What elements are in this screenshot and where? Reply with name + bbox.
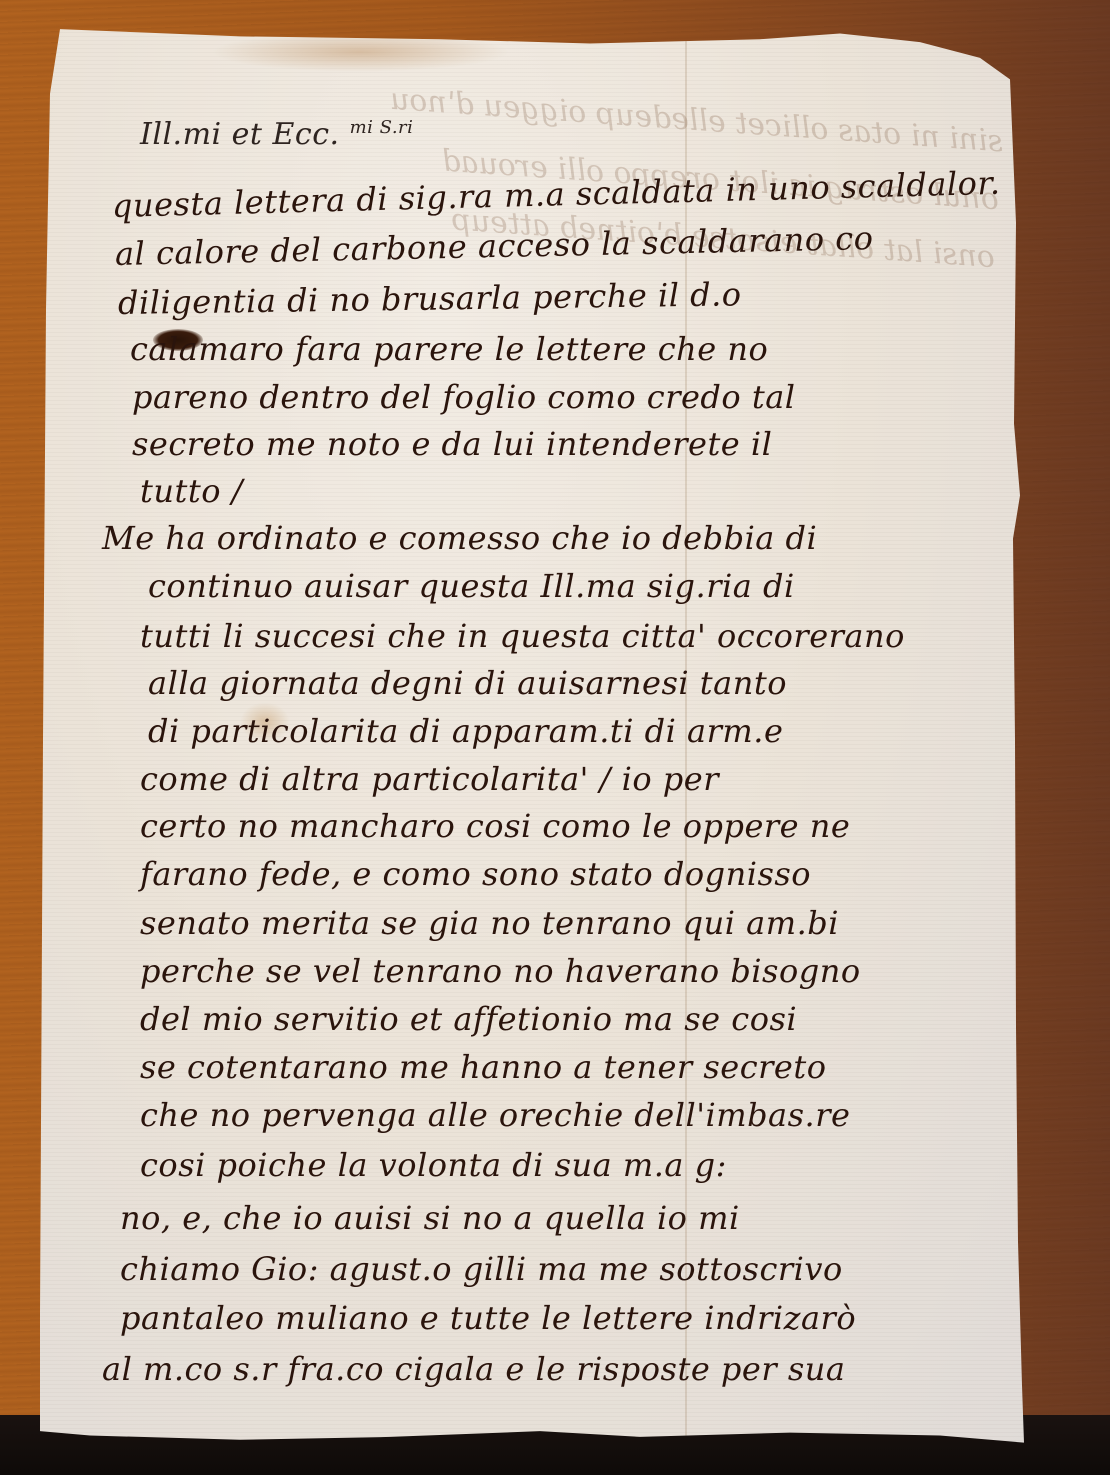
- letter-line-8: Me ha ordinato e comesso che io debbia d…: [102, 519, 817, 557]
- letter-line-23: chiamo Gio: agust.o gilli ma me sottoscr…: [120, 1250, 843, 1288]
- letter-line-5: pareno dentro del foglio como credo tal: [132, 378, 796, 416]
- letter-line-18: del mio servitio et affetionio ma se cos…: [140, 1000, 797, 1038]
- letter-line-24: pantaleo muliano e tutte le lettere indr…: [120, 1299, 856, 1337]
- letter-line-11: alla giornata degni di auisarnesi tanto: [148, 664, 787, 702]
- letter-line-14: certo no mancharo cosi como le oppere ne: [140, 807, 850, 845]
- letter-line-25: al m.co s.r fra.co cigala e le risposte …: [102, 1350, 845, 1388]
- salutation-main: Ill.mi et Ecc.: [140, 117, 340, 152]
- letter-line-4: calamaro fara parere le lettere che no: [130, 330, 768, 368]
- letter-line-21: cosi poiche la volonta di sua m.a g:: [140, 1146, 727, 1184]
- letter-line-12: di particolarita di apparam.ti di arm.e: [148, 712, 783, 750]
- letter-line-6: secreto me noto e da lui intenderete il: [132, 425, 772, 463]
- letter-line-13: come di altra particolarita' / io per: [140, 760, 719, 798]
- letter-line-22: no, e, che io auisi si no a quella io mi: [120, 1199, 740, 1237]
- letter-line-15: farano fede, e como sono stato dognisso: [140, 855, 811, 893]
- letter-line-16: senato merita se gia no tenrano qui am.b…: [140, 904, 839, 942]
- letter-line-7: tutto /: [140, 472, 243, 510]
- letter-line-2: al calore del carbone acceso la scaldara…: [115, 219, 874, 273]
- letter-line-19: se cotentarano me hanno a tener secreto: [140, 1048, 826, 1086]
- letter-line-20: che no pervenga alle orechie dell'imbas.…: [140, 1096, 850, 1134]
- letter-line-1: questa lettera di sig.ra m.a scaldata in…: [112, 164, 1001, 225]
- salutation-superscript: mi S.ri: [350, 117, 414, 138]
- letter-line-10: tutti li succesi che in questa citta' oc…: [140, 617, 905, 655]
- letter-paper: sini ni otas ollicet elledeup oiggeu d'n…: [40, 22, 1040, 1457]
- letter-line-9: continuo auisar questa Ill.ma sig.ria di: [148, 567, 795, 605]
- letter-line-17: perche se vel tenrano no haverano bisogn…: [140, 952, 861, 990]
- salutation: Ill.mi et Ecc. mi S.ri: [140, 117, 413, 152]
- letter-line-3: diligentia di no brusarla perche il d.o: [118, 275, 742, 322]
- water-stain: [210, 32, 510, 72]
